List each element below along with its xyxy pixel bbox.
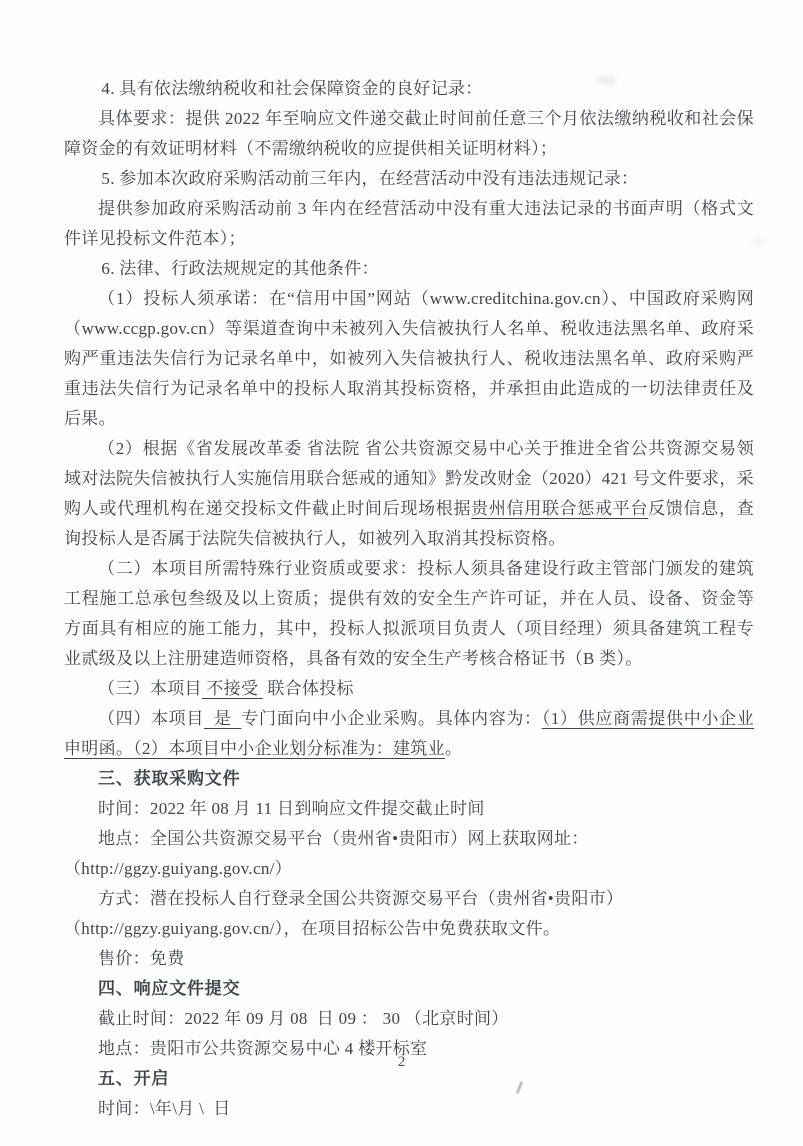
text-run: 售价：免费 <box>98 949 185 968</box>
text-run: 4. 具有依法缴纳税收和社会保障资金的良好记录： <box>101 79 482 98</box>
clause-6-item-1: （1）投标人须承诺：在“信用中国”网站（www.creditchina.gov.… <box>64 284 754 434</box>
section-5-time: 时间：\年\月 \ 日 <box>64 1094 754 1124</box>
clause-ii-qualification: （二）本项目所需特殊行业资质或要求：投标人须具备建设行政主管部门颁发的建筑工程施… <box>64 554 754 674</box>
text-run: （四）本项目 <box>98 709 204 728</box>
section-4-heading: 四、响应文件提交 <box>64 974 754 1004</box>
text-run: 时间：\年\月 \ 日 <box>98 1099 231 1118</box>
scanned-document-page: 4. 具有依法缴纳税收和社会保障资金的良好记录：具体要求：提供 2022 年至响… <box>0 0 803 1146</box>
text-run: 四、响应文件提交 <box>98 979 240 998</box>
text-run: （http://ggzy.guiyang.gov.cn/） <box>64 859 292 878</box>
underlined-text: 是 <box>204 709 241 728</box>
clause-4-heading: 4. 具有依法缴纳税收和社会保障资金的良好记录： <box>64 74 754 104</box>
text-run: 5. 参加本次政府采购活动前三年内，在经营活动中没有违法违规记录： <box>101 169 638 188</box>
section-3-price: 售价：免费 <box>64 944 754 974</box>
text-run: 方式：潜在投标人自行登录全国公共资源交易平台（贵州省•贵阳市） <box>98 889 623 908</box>
clause-5-heading: 5. 参加本次政府采购活动前三年内，在经营活动中没有违法违规记录： <box>64 164 754 194</box>
section-3-location: 地点：全国公共资源交易平台（贵州省•贵阳市）网上获取网址： <box>64 824 754 854</box>
text-run: 专门面向中小企业采购。具体内容为： <box>241 709 541 728</box>
text-run: 6. 法律、行政法规规定的其他条件： <box>101 259 378 278</box>
text-run: 提供参加政府采购活动前 3 年内在经营活动中没有重大违法记录的书面声明（格式文件… <box>64 199 754 248</box>
underlined-text: 不接受 <box>202 679 263 698</box>
text-run: 。 <box>445 739 462 758</box>
document-body: 4. 具有依法缴纳税收和社会保障资金的良好记录：具体要求：提供 2022 年至响… <box>64 74 754 1124</box>
page-number: 2 <box>0 1052 803 1072</box>
clause-4-detail: 具体要求：提供 2022 年至响应文件递交截止时间前任意三个月依法缴纳税收和社会… <box>64 104 754 164</box>
text-run: （http://ggzy.guiyang.gov.cn/），在项目招标公告中免费… <box>64 919 560 938</box>
section-4-deadline: 截止时间：2022 年 09 月 08 日 09 ： 30 （北京时间） <box>64 1004 754 1034</box>
clause-iii-consortium: （三）本项目 不接受 联合体投标 <box>64 674 754 704</box>
clause-5-detail: 提供参加政府采购活动前 3 年内在经营活动中没有重大违法记录的书面声明（格式文件… <box>64 194 754 254</box>
clause-6-heading: 6. 法律、行政法规规定的其他条件： <box>64 254 754 284</box>
scan-smudge <box>752 238 766 245</box>
section-3-heading: 三、获取采购文件 <box>64 764 754 794</box>
section-3-time: 时间：2022 年 08 月 11 日到响应文件提交截止时间 <box>64 794 754 824</box>
text-run: 具体要求：提供 2022 年至响应文件递交截止时间前任意三个月依法缴纳税收和社会… <box>64 109 754 158</box>
text-run: （二）本项目所需特殊行业资质或要求：投标人须具备建设行政主管部门颁发的建筑工程施… <box>64 559 754 668</box>
clause-iv-sme: （四）本项目 是 专门面向中小企业采购。具体内容为：（1）供应商需提供中小企业申… <box>64 704 754 764</box>
text-run: （三）本项目 <box>98 679 202 698</box>
text-run: 地点：全国公共资源交易平台（贵州省•贵阳市）网上获取网址： <box>98 829 589 848</box>
clause-6-item-2: （2）根据《省发展改革委 省法院 省公共资源交易中心关于推进全省公共资源交易领域… <box>64 434 754 554</box>
section-3-method: 方式：潜在投标人自行登录全国公共资源交易平台（贵州省•贵阳市） <box>64 884 754 914</box>
text-run: 截止时间：2022 年 09 月 08 日 09 ： 30 （北京时间） <box>98 1009 509 1028</box>
text-run: （1）投标人须承诺：在“信用中国”网站（www.creditchina.gov.… <box>64 289 754 428</box>
section-3-url-2: （http://ggzy.guiyang.gov.cn/），在项目招标公告中免费… <box>64 914 754 944</box>
underlined-text: 贵州信用联合惩戒平台 <box>471 499 648 518</box>
text-run: 联合体投标 <box>263 679 354 698</box>
text-run: 时间：2022 年 08 月 11 日到响应文件提交截止时间 <box>98 799 485 818</box>
text-run: 三、获取采购文件 <box>98 769 240 788</box>
section-3-url: （http://ggzy.guiyang.gov.cn/） <box>64 854 754 884</box>
